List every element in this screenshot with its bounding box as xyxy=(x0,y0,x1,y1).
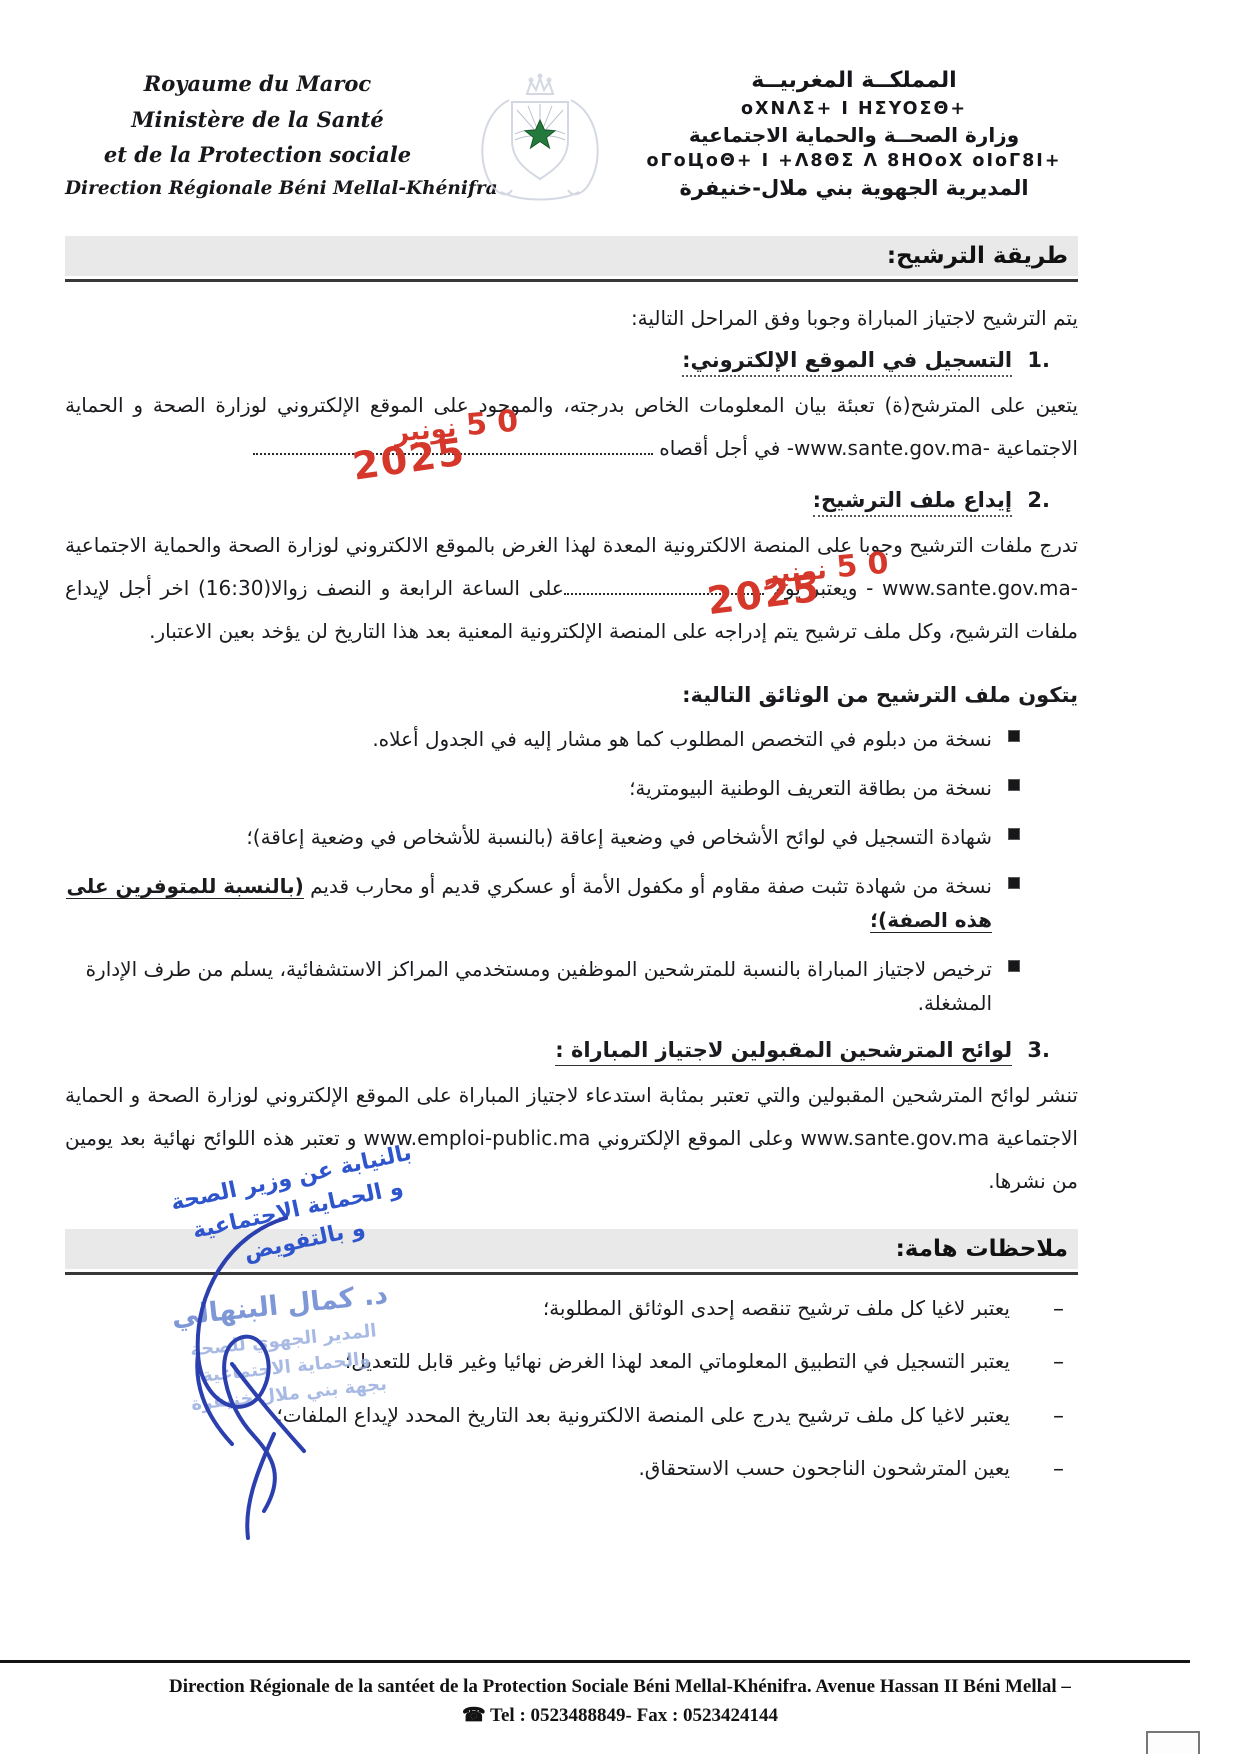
square-bullet-icon xyxy=(1008,730,1020,742)
deposit-text-2: ويعتبر يوم xyxy=(764,576,858,600)
deposit-paragraph: تدرج ملفات الترشيح وجوبا على المنصة الال… xyxy=(65,524,1078,653)
ministry-title-fr-2: et de la Protection sociale xyxy=(65,137,450,173)
item-text: نسخة من بطاقة التعريف الوطنية البيومترية… xyxy=(629,776,992,800)
kingdom-title-ar: المملكــة المغربيــة xyxy=(630,66,1078,97)
list-item: نسخة من شهادة تثبت صفة مقاوم أو مكفول ال… xyxy=(65,869,1078,937)
heading-title: لوائح المترشحين المقبولين لاجتياز المبار… xyxy=(555,1038,1012,1066)
dotted-leader xyxy=(564,580,764,595)
heading-title: التسجيل في الموقع الإلكتروني: xyxy=(682,348,1012,377)
ministry-title-fr: Ministère de la Santé xyxy=(65,102,450,138)
page-number-box xyxy=(1146,1731,1200,1754)
note-text: يعتبر لاغيا كل ملف ترشيح تنقصه إحدى الوث… xyxy=(543,1291,1010,1325)
document-header: Royaume du Maroc Ministère de la Santé e… xyxy=(65,66,1078,220)
heading-accepted-lists: 3. لوائح المترشحين المقبولين لاجتياز الم… xyxy=(65,1038,1050,1062)
footer-phone-fax: Tel : 0523488849- Fax : 0523424144 xyxy=(486,1705,778,1726)
scanned-document-page: Royaume du Maroc Ministère de la Santé e… xyxy=(0,0,1240,1754)
intro-paragraph: يتم الترشيح لاجتياز المباراة وجوبا وفق ا… xyxy=(65,306,1078,330)
phone-icon: ☎ xyxy=(462,1705,486,1726)
list-item: شهادة التسجيل في لوائح الأشخاص في وضعية … xyxy=(65,820,1078,854)
registration-paragraph: يتعين على المترشح(ة) تعبئة بيان المعلوما… xyxy=(65,384,1078,470)
section-band-method: طريقة الترشيح: xyxy=(65,236,1078,276)
item-text: شهادة التسجيل في لوائح الأشخاص في وضعية … xyxy=(246,825,992,849)
heading-number: 3. xyxy=(1027,1038,1050,1062)
deposit-text-4: على المنصة الإلكترونية المعنية بعد هذا ا… xyxy=(149,619,708,643)
item-text: نسخة من شهادة تثبت صفة مقاوم أو مكفول ال… xyxy=(304,874,992,898)
footer-contact: ☎ Tel : 0523488849- Fax : 0523424144 xyxy=(0,1701,1240,1730)
moroccan-emblem-icon xyxy=(465,70,615,220)
item-text: نسخة من دبلوم في التخصص المطلوب كما هو م… xyxy=(372,727,992,751)
heading-title: إيداع ملف الترشيح: xyxy=(813,488,1012,517)
square-bullet-icon xyxy=(1008,779,1020,791)
kingdom-title-tifinagh: +oXNΛΣ+ I HΣYOΣΘ xyxy=(630,97,1078,122)
dash-icon: – xyxy=(1036,1398,1064,1435)
band-rule xyxy=(65,279,1078,282)
documents-heading: يتكون ملف الترشيح من الوثائق التالية: xyxy=(65,683,1078,707)
footer-rule xyxy=(0,1660,1190,1663)
header-french-block: Royaume du Maroc Ministère de la Santé e… xyxy=(65,66,450,205)
header-arabic-block: المملكــة المغربيــة +oXNΛΣ+ I HΣYOΣΘ وز… xyxy=(630,66,1078,203)
heading-number: 1. xyxy=(1027,348,1050,372)
handwritten-signature xyxy=(136,1206,356,1546)
regional-direction-fr: Direction Régionale Béni Mellal-Khénifra xyxy=(65,173,450,204)
square-bullet-icon xyxy=(1008,828,1020,840)
footer-address: Direction Régionale de la santéet de la … xyxy=(0,1672,1240,1701)
coat-of-arms-logo xyxy=(450,66,630,220)
heading-number: 2. xyxy=(1027,488,1050,512)
note-text: يعين المترشحون الناجحون حسب الاستحقاق. xyxy=(638,1451,1010,1485)
dotted-leader xyxy=(253,440,653,455)
square-bullet-icon xyxy=(1008,960,1020,972)
dash-icon: – xyxy=(1036,1344,1064,1381)
heading-file-deposit: 2. إيداع ملف الترشيح: xyxy=(65,488,1050,512)
list-item: نسخة من دبلوم في التخصص المطلوب كما هو م… xyxy=(65,722,1078,756)
ministry-title-tifinagh: +oΓoЦoΘ+ I +Λ8ΘΣ Λ 8HOoX oIoΓ8I xyxy=(630,149,1078,174)
regional-direction-ar: المديرية الجهوية بني ملال-خنيفرة xyxy=(630,174,1078,203)
ministry-title-ar: وزارة الصحــة والحماية الاجتماعية xyxy=(630,121,1078,149)
heading-registration: 1. التسجيل في الموقع الإلكتروني: xyxy=(65,348,1050,372)
list-item: نسخة من بطاقة التعريف الوطنية البيومترية… xyxy=(65,771,1078,805)
kingdom-title-fr: Royaume du Maroc xyxy=(65,66,450,102)
list-item: ترخيص لاجتياز المباراة بالنسبة للمترشحين… xyxy=(65,952,1078,1020)
dash-icon: – xyxy=(1036,1451,1064,1488)
square-bullet-icon xyxy=(1008,877,1020,889)
signature-block: بالنيابة عن وزير الصحة و الحماية الاجتما… xyxy=(118,1146,478,1546)
item-text: ترخيص لاجتياز المباراة بالنسبة للمترشحين… xyxy=(86,957,992,1015)
documents-list: نسخة من دبلوم في التخصص المطلوب كما هو م… xyxy=(65,722,1078,1020)
footer: Direction Régionale de la santéet de la … xyxy=(0,1672,1240,1731)
dash-icon: – xyxy=(1036,1291,1064,1328)
